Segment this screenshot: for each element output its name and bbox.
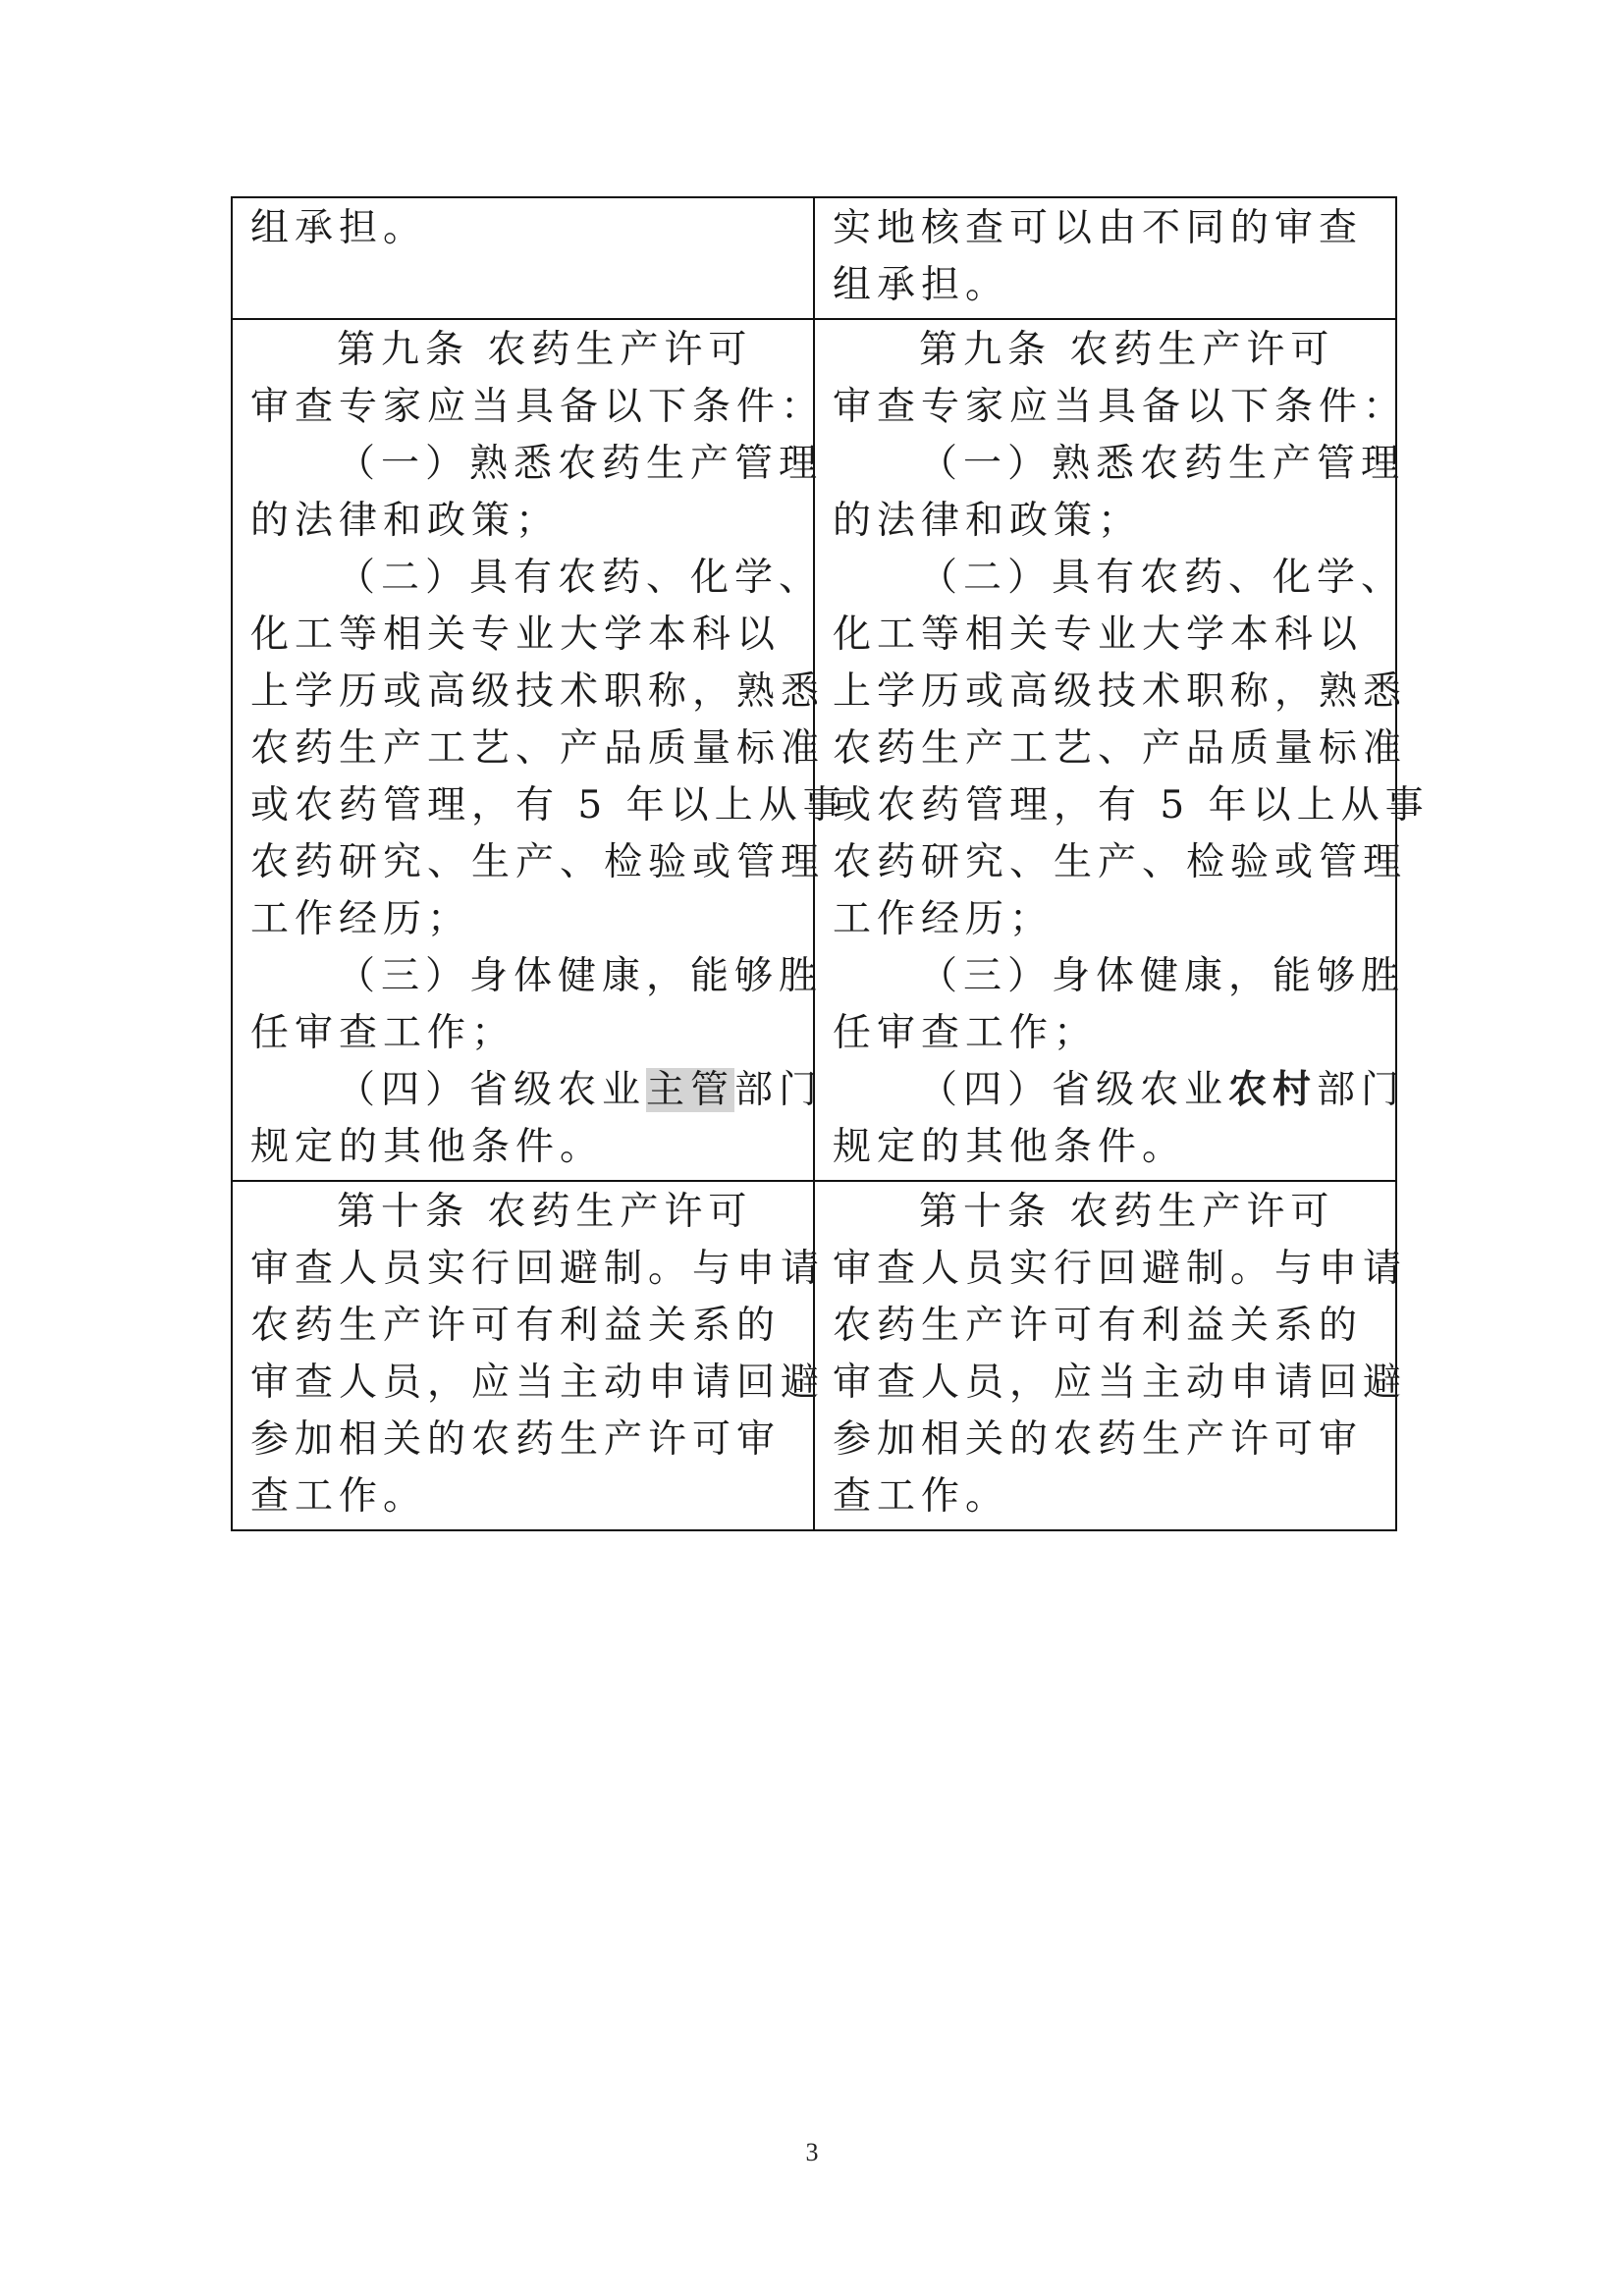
- text-line: 组承担。: [833, 257, 1383, 314]
- text-line: 任审查工作；: [250, 1005, 801, 1062]
- text-line: 组承担。: [250, 200, 801, 257]
- page-number: 3: [0, 2138, 1624, 2167]
- text-line: （一）熟悉农药生产管理: [250, 436, 801, 493]
- text-line: 查工作。: [833, 1468, 1383, 1525]
- text-line: （四）省级农业农村部门: [833, 1062, 1383, 1119]
- text-line: 审查人员，应当主动申请回避: [250, 1355, 801, 1412]
- text-segment: 部门: [1317, 1068, 1405, 1112]
- comparison-table: 组承担。 实地核查可以由不同的审查组承担。 第九条 农药生产许可审查专家应当具备…: [231, 196, 1397, 1531]
- text-line: 农药研究、生产、检验或管理: [833, 834, 1383, 891]
- text-line: （三）身体健康，能够胜: [250, 948, 801, 1005]
- text-segment: （四）省级农业: [337, 1068, 646, 1112]
- highlighted-deleted-text: 主管: [646, 1068, 734, 1112]
- text-line: 第十条 农药生产许可: [833, 1184, 1383, 1241]
- original-text-cell: 第十条 农药生产许可审查人员实行回避制。与申请农药生产许可有利益关系的审查人员，…: [232, 1181, 814, 1530]
- text-line: 参加相关的农药生产许可审: [833, 1412, 1383, 1468]
- text-line: 化工等相关专业大学本科以: [833, 607, 1383, 664]
- text-line: （四）省级农业主管部门: [250, 1062, 801, 1119]
- original-text-cell: 组承担。: [232, 197, 814, 319]
- text-line: 审查专家应当具备以下条件：: [250, 379, 801, 436]
- text-line: 审查人员，应当主动申请回避: [833, 1355, 1383, 1412]
- text-line: 工作经历；: [833, 891, 1383, 948]
- text-line: 审查人员实行回避制。与申请: [833, 1241, 1383, 1298]
- document-page: 组承担。 实地核查可以由不同的审查组承担。 第九条 农药生产许可审查专家应当具备…: [0, 0, 1624, 2296]
- text-line: 或农药管理，有 5 年以上从事: [250, 777, 801, 834]
- text-line: 的法律和政策；: [833, 493, 1383, 550]
- text-line: 农药研究、生产、检验或管理: [250, 834, 801, 891]
- table-row: 第九条 农药生产许可审查专家应当具备以下条件：（一）熟悉农药生产管理的法律和政策…: [232, 319, 1396, 1181]
- text-line: 农药生产工艺、产品质量标准: [833, 721, 1383, 777]
- text-line: 或农药管理，有 5 年以上从事: [833, 777, 1383, 834]
- text-line: 工作经历；: [250, 891, 801, 948]
- text-line: 第十条 农药生产许可: [250, 1184, 801, 1241]
- revised-text-cell: 实地核查可以由不同的审查组承担。: [814, 197, 1396, 319]
- text-line: 化工等相关专业大学本科以: [250, 607, 801, 664]
- text-line: 审查人员实行回避制。与申请: [250, 1241, 801, 1298]
- text-line: 查工作。: [250, 1468, 801, 1525]
- revised-text-cell: 第九条 农药生产许可审查专家应当具备以下条件：（一）熟悉农药生产管理的法律和政策…: [814, 319, 1396, 1181]
- text-line: 规定的其他条件。: [250, 1119, 801, 1176]
- text-line: （二）具有农药、化学、: [833, 550, 1383, 607]
- table-row: 第十条 农药生产许可审查人员实行回避制。与申请农药生产许可有利益关系的审查人员，…: [232, 1181, 1396, 1530]
- text-line: （一）熟悉农药生产管理: [833, 436, 1383, 493]
- text-line: 的法律和政策；: [250, 493, 801, 550]
- text-line: （三）身体健康，能够胜: [833, 948, 1383, 1005]
- text-line: （二）具有农药、化学、: [250, 550, 801, 607]
- text-line: 上学历或高级技术职称，熟悉: [833, 664, 1383, 721]
- text-segment: （四）省级农业: [919, 1068, 1228, 1112]
- text-line: 农药生产许可有利益关系的: [250, 1298, 801, 1355]
- text-line: 规定的其他条件。: [833, 1119, 1383, 1176]
- revised-text-cell: 第十条 农药生产许可审查人员实行回避制。与申请农药生产许可有利益关系的审查人员，…: [814, 1181, 1396, 1530]
- text-line: 第九条 农药生产许可: [250, 322, 801, 379]
- text-segment: 部门: [734, 1068, 823, 1112]
- text-line: 任审查工作；: [833, 1005, 1383, 1062]
- text-line: 审查专家应当具备以下条件：: [833, 379, 1383, 436]
- text-line: 第九条 农药生产许可: [833, 322, 1383, 379]
- text-line: 实地核查可以由不同的审查: [833, 200, 1383, 257]
- text-line: 农药生产工艺、产品质量标准: [250, 721, 801, 777]
- table-row: 组承担。 实地核查可以由不同的审查组承担。: [232, 197, 1396, 319]
- text-line: 农药生产许可有利益关系的: [833, 1298, 1383, 1355]
- original-text-cell: 第九条 农药生产许可审查专家应当具备以下条件：（一）熟悉农药生产管理的法律和政策…: [232, 319, 814, 1181]
- text-line: 参加相关的农药生产许可审: [250, 1412, 801, 1468]
- bold-inserted-text: 农村: [1228, 1068, 1317, 1112]
- text-line: 上学历或高级技术职称，熟悉: [250, 664, 801, 721]
